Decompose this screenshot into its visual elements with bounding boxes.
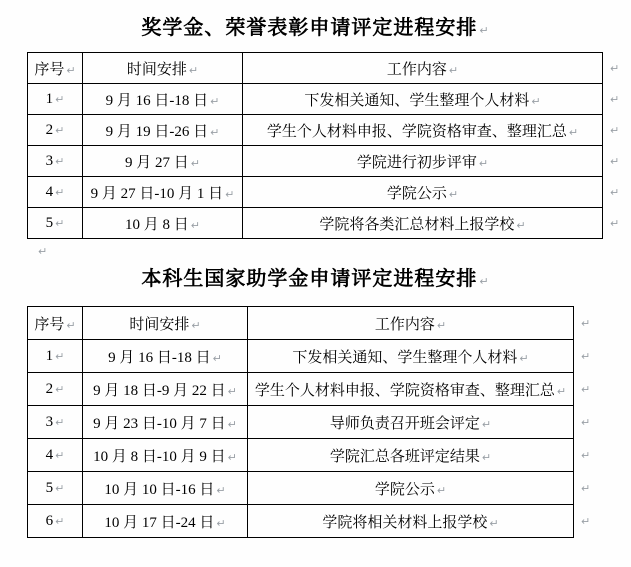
paragraph-mark-icon: ↵ xyxy=(569,126,578,139)
cell-text: 4 xyxy=(46,184,54,200)
cell-work: 学生个人材料申报、学院资格审查、整理汇总↵ xyxy=(248,373,574,406)
column-header-time: 时间安排↵ xyxy=(83,53,243,84)
paragraph-mark-icon: ↵ xyxy=(55,155,64,168)
cell-text: 10 月 8 日-10 月 9 日 xyxy=(93,449,226,465)
cell-text: 10 月 8 日 xyxy=(125,217,189,233)
cell-text: 9 月 18 日-9 月 22 日 xyxy=(93,383,226,399)
paragraph-mark-icon: ↵ xyxy=(225,188,234,201)
cell-work: 学院进行初步评审↵ xyxy=(243,146,603,177)
paragraph-mark-icon: ↵ xyxy=(191,219,200,232)
paragraph-mark-icon: ↵ xyxy=(38,245,47,258)
paragraph-mark-icon: ↵ xyxy=(228,385,237,398)
row-end-mark: ↵ xyxy=(574,406,602,439)
cell-work: 学院公示↵ xyxy=(243,177,603,208)
paragraph-mark-icon: ↵ xyxy=(610,186,619,199)
paragraph-mark-icon: ↵ xyxy=(216,517,225,530)
cell-index: 6↵ xyxy=(28,505,83,538)
schedule-table-1: 序号↵ 时间安排↵ 工作内容↵ ↵ 1↵ 9 月 16 日-18 日↵ 下发相关… xyxy=(27,52,631,239)
cell-text: 学院汇总各班评定结果 xyxy=(330,449,480,465)
table-header-row: 序号↵ 时间安排↵ 工作内容↵ ↵ xyxy=(28,307,602,340)
paragraph-mark-icon: ↵ xyxy=(55,482,64,495)
paragraph-mark-icon: ↵ xyxy=(482,418,491,431)
cell-text: 4 xyxy=(46,447,54,463)
paragraph-mark-icon: ↵ xyxy=(531,95,540,108)
cell-time: 9 月 27 日↵ xyxy=(83,146,243,177)
cell-text: 5 xyxy=(46,480,54,496)
cell-text: 1 xyxy=(46,91,54,107)
schedule-table-2: 序号↵ 时间安排↵ 工作内容↵ ↵ 1↵ 9 月 16 日-18 日↵ 下发相关… xyxy=(27,306,602,538)
cell-index: 2↵ xyxy=(28,115,83,146)
cell-text: 9 月 16 日-18 日 xyxy=(106,93,209,109)
table-row: 5↵ 10 月 8 日↵ 学院将各类汇总材料上报学校↵ ↵ xyxy=(28,208,631,239)
cell-text: 学生个人材料申报、学院资格审查、整理汇总 xyxy=(255,383,555,399)
cell-index: 5↵ xyxy=(28,472,83,505)
cell-work: 学院汇总各班评定结果↵ xyxy=(248,439,574,472)
cell-text: 导师负责召开班会评定 xyxy=(330,416,480,432)
cell-text: 1 xyxy=(46,348,54,364)
paragraph-mark-icon: ↵ xyxy=(610,62,619,75)
paragraph-mark-icon: ↵ xyxy=(191,319,200,332)
cell-text: 9 月 16 日-18 日 xyxy=(108,350,211,366)
cell-time: 10 月 10 日-16 日↵ xyxy=(83,472,248,505)
paragraph-mark-icon: ↵ xyxy=(216,484,225,497)
paragraph-mark-icon: ↵ xyxy=(581,449,590,462)
row-end-mark: ↵ xyxy=(574,307,602,340)
table-row: 4↵ 10 月 8 日-10 月 9 日↵ 学院汇总各班评定结果↵ ↵ xyxy=(28,439,602,472)
empty-paragraph: ↵ xyxy=(0,239,631,264)
paragraph-mark-icon: ↵ xyxy=(228,451,237,464)
row-end-mark: ↵ xyxy=(574,439,602,472)
paragraph-mark-icon: ↵ xyxy=(479,275,489,288)
column-header-time: 时间安排↵ xyxy=(83,307,248,340)
cell-time: 9 月 16 日-18 日↵ xyxy=(83,84,243,115)
table-row: 3↵ 9 月 27 日↵ 学院进行初步评审↵ ↵ xyxy=(28,146,631,177)
table-row: 1↵ 9 月 16 日-18 日↵ 下发相关通知、学生整理个人材料↵ ↵ xyxy=(28,340,602,373)
cell-time: 9 月 18 日-9 月 22 日↵ xyxy=(83,373,248,406)
cell-time: 9 月 27 日-10 月 1 日↵ xyxy=(83,177,243,208)
cell-work: 学院公示↵ xyxy=(248,472,574,505)
cell-work: 下发相关通知、学生整理个人材料↵ xyxy=(248,340,574,373)
cell-text: 5 xyxy=(46,215,54,231)
cell-work: 学生个人材料申报、学院资格审查、整理汇总↵ xyxy=(243,115,603,146)
cell-work: 下发相关通知、学生整理个人材料↵ xyxy=(243,84,603,115)
paragraph-mark-icon: ↵ xyxy=(610,93,619,106)
cell-index: 5↵ xyxy=(28,208,83,239)
paragraph-mark-icon: ↵ xyxy=(55,383,64,396)
cell-text: 9 月 23 日-10 月 7 日 xyxy=(93,416,226,432)
cell-time: 9 月 19 日-26 日↵ xyxy=(83,115,243,146)
header-text: 时间安排 xyxy=(129,317,189,333)
cell-text: 10 月 10 日-16 日 xyxy=(104,482,214,498)
paragraph-mark-icon: ↵ xyxy=(210,126,219,139)
cell-index: 3↵ xyxy=(28,406,83,439)
paragraph-mark-icon: ↵ xyxy=(213,352,222,365)
cell-text: 学院公示 xyxy=(375,482,435,498)
paragraph-mark-icon: ↵ xyxy=(479,157,488,170)
table-row: 5↵ 10 月 10 日-16 日↵ 学院公示↵ ↵ xyxy=(28,472,602,505)
cell-text: 学院公示 xyxy=(387,186,447,202)
column-header-work: 工作内容↵ xyxy=(248,307,574,340)
cell-text: 学院将各类汇总材料上报学校 xyxy=(319,217,514,233)
paragraph-mark-icon: ↵ xyxy=(581,383,590,396)
cell-text: 9 月 19 日-26 日 xyxy=(106,124,209,140)
row-end-mark: ↵ xyxy=(603,115,631,146)
paragraph-mark-icon: ↵ xyxy=(55,124,64,137)
paragraph-mark-icon: ↵ xyxy=(482,451,491,464)
paragraph-mark-icon: ↵ xyxy=(449,188,458,201)
cell-text: 2 xyxy=(46,381,54,397)
table2-title: 本科生国家助学金申请评定进程安排↵ xyxy=(0,264,631,295)
header-text: 工作内容 xyxy=(387,62,447,78)
header-text: 时间安排 xyxy=(127,62,187,78)
table-row: 1↵ 9 月 16 日-18 日↵ 下发相关通知、学生整理个人材料↵ ↵ xyxy=(28,84,631,115)
paragraph-mark-icon: ↵ xyxy=(610,155,619,168)
row-end-mark: ↵ xyxy=(574,472,602,505)
column-header-index: 序号↵ xyxy=(28,53,83,84)
cell-text: 9 月 27 日 xyxy=(125,155,189,171)
paragraph-mark-icon: ↵ xyxy=(55,449,64,462)
paragraph-mark-icon: ↵ xyxy=(66,319,75,332)
table1-title-text: 奖学金、荣誉表彰申请评定进程安排 xyxy=(141,17,477,39)
table-header-row: 序号↵ 时间安排↵ 工作内容↵ ↵ xyxy=(28,53,631,84)
cell-index: 3↵ xyxy=(28,146,83,177)
paragraph-mark-icon: ↵ xyxy=(581,317,590,330)
paragraph-mark-icon: ↵ xyxy=(581,515,590,528)
paragraph-mark-icon: ↵ xyxy=(210,95,219,108)
column-header-index: 序号↵ xyxy=(28,307,83,340)
row-end-mark: ↵ xyxy=(603,146,631,177)
cell-time: 9 月 16 日-18 日↵ xyxy=(83,340,248,373)
table2-title-text: 本科生国家助学金申请评定进程安排 xyxy=(141,268,477,290)
row-end-mark: ↵ xyxy=(603,53,631,84)
cell-text: 3 xyxy=(46,153,54,169)
cell-time: 9 月 23 日-10 月 7 日↵ xyxy=(83,406,248,439)
cell-index: 4↵ xyxy=(28,439,83,472)
cell-text: 学院进行初步评审 xyxy=(357,155,477,171)
paragraph-mark-icon: ↵ xyxy=(55,515,64,528)
paragraph-mark-icon: ↵ xyxy=(581,416,590,429)
paragraph-mark-icon: ↵ xyxy=(581,350,590,363)
table-row: 2↵ 9 月 19 日-26 日↵ 学生个人材料申报、学院资格审查、整理汇总↵ … xyxy=(28,115,631,146)
paragraph-mark-icon: ↵ xyxy=(55,217,64,230)
paragraph-mark-icon: ↵ xyxy=(191,157,200,170)
cell-index: 4↵ xyxy=(28,177,83,208)
cell-index: 1↵ xyxy=(28,84,83,115)
cell-text: 3 xyxy=(46,414,54,430)
cell-work: 导师负责召开班会评定↵ xyxy=(248,406,574,439)
table-row: 6↵ 10 月 17 日-24 日↵ 学院将相关材料上报学校↵ ↵ xyxy=(28,505,602,538)
cell-time: 10 月 8 日-10 月 9 日↵ xyxy=(83,439,248,472)
table1-title: 奖学金、荣誉表彰申请评定进程安排↵ xyxy=(0,0,631,44)
paragraph-mark-icon: ↵ xyxy=(437,484,446,497)
cell-time: 10 月 8 日↵ xyxy=(83,208,243,239)
document-page: 奖学金、荣誉表彰申请评定进程安排↵ 序号↵ 时间安排↵ 工作内容↵ ↵ 1↵ 9… xyxy=(0,0,631,567)
cell-index: 1↵ xyxy=(28,340,83,373)
header-text: 工作内容 xyxy=(375,317,435,333)
row-end-mark: ↵ xyxy=(603,177,631,208)
cell-text: 9 月 27 日-10 月 1 日 xyxy=(91,186,224,202)
cell-text: 2 xyxy=(46,122,54,138)
row-end-mark: ↵ xyxy=(574,373,602,406)
cell-text: 6 xyxy=(46,513,54,529)
table-row: 2↵ 9 月 18 日-9 月 22 日↵ 学生个人材料申报、学院资格审查、整理… xyxy=(28,373,602,406)
paragraph-mark-icon: ↵ xyxy=(189,64,198,77)
header-text: 序号 xyxy=(34,317,64,333)
cell-text: 学院将相关材料上报学校 xyxy=(322,515,487,531)
paragraph-mark-icon: ↵ xyxy=(55,350,64,363)
row-end-mark: ↵ xyxy=(603,208,631,239)
paragraph-mark-icon: ↵ xyxy=(55,93,64,106)
cell-text: 下发相关通知、学生整理个人材料 xyxy=(292,350,517,366)
paragraph-mark-icon: ↵ xyxy=(55,186,64,199)
row-end-mark: ↵ xyxy=(574,505,602,538)
paragraph-mark-icon: ↵ xyxy=(610,217,619,230)
cell-work: 学院将各类汇总材料上报学校↵ xyxy=(243,208,603,239)
cell-time: 10 月 17 日-24 日↵ xyxy=(83,505,248,538)
paragraph-mark-icon: ↵ xyxy=(516,219,525,232)
paragraph-mark-icon: ↵ xyxy=(581,482,590,495)
paragraph-mark-icon: ↵ xyxy=(557,385,566,398)
paragraph-mark-icon: ↵ xyxy=(449,64,458,77)
column-header-work: 工作内容↵ xyxy=(243,53,603,84)
cell-text: 学生个人材料申报、学院资格审查、整理汇总 xyxy=(267,124,567,140)
paragraph-mark-icon: ↵ xyxy=(519,352,528,365)
row-end-mark: ↵ xyxy=(574,340,602,373)
cell-text: 下发相关通知、学生整理个人材料 xyxy=(304,93,529,109)
table-row: 4↵ 9 月 27 日-10 月 1 日↵ 学院公示↵ ↵ xyxy=(28,177,631,208)
header-text: 序号 xyxy=(34,62,64,78)
cell-work: 学院将相关材料上报学校↵ xyxy=(248,505,574,538)
table-row: 3↵ 9 月 23 日-10 月 7 日↵ 导师负责召开班会评定↵ ↵ xyxy=(28,406,602,439)
paragraph-mark-icon: ↵ xyxy=(437,319,446,332)
paragraph-mark-icon: ↵ xyxy=(479,24,489,37)
paragraph-mark-icon: ↵ xyxy=(66,64,75,77)
cell-index: 2↵ xyxy=(28,373,83,406)
paragraph-mark-icon: ↵ xyxy=(610,124,619,137)
paragraph-mark-icon: ↵ xyxy=(489,517,498,530)
cell-text: 10 月 17 日-24 日 xyxy=(104,515,214,531)
row-end-mark: ↵ xyxy=(603,84,631,115)
paragraph-mark-icon: ↵ xyxy=(228,418,237,431)
paragraph-mark-icon: ↵ xyxy=(55,416,64,429)
